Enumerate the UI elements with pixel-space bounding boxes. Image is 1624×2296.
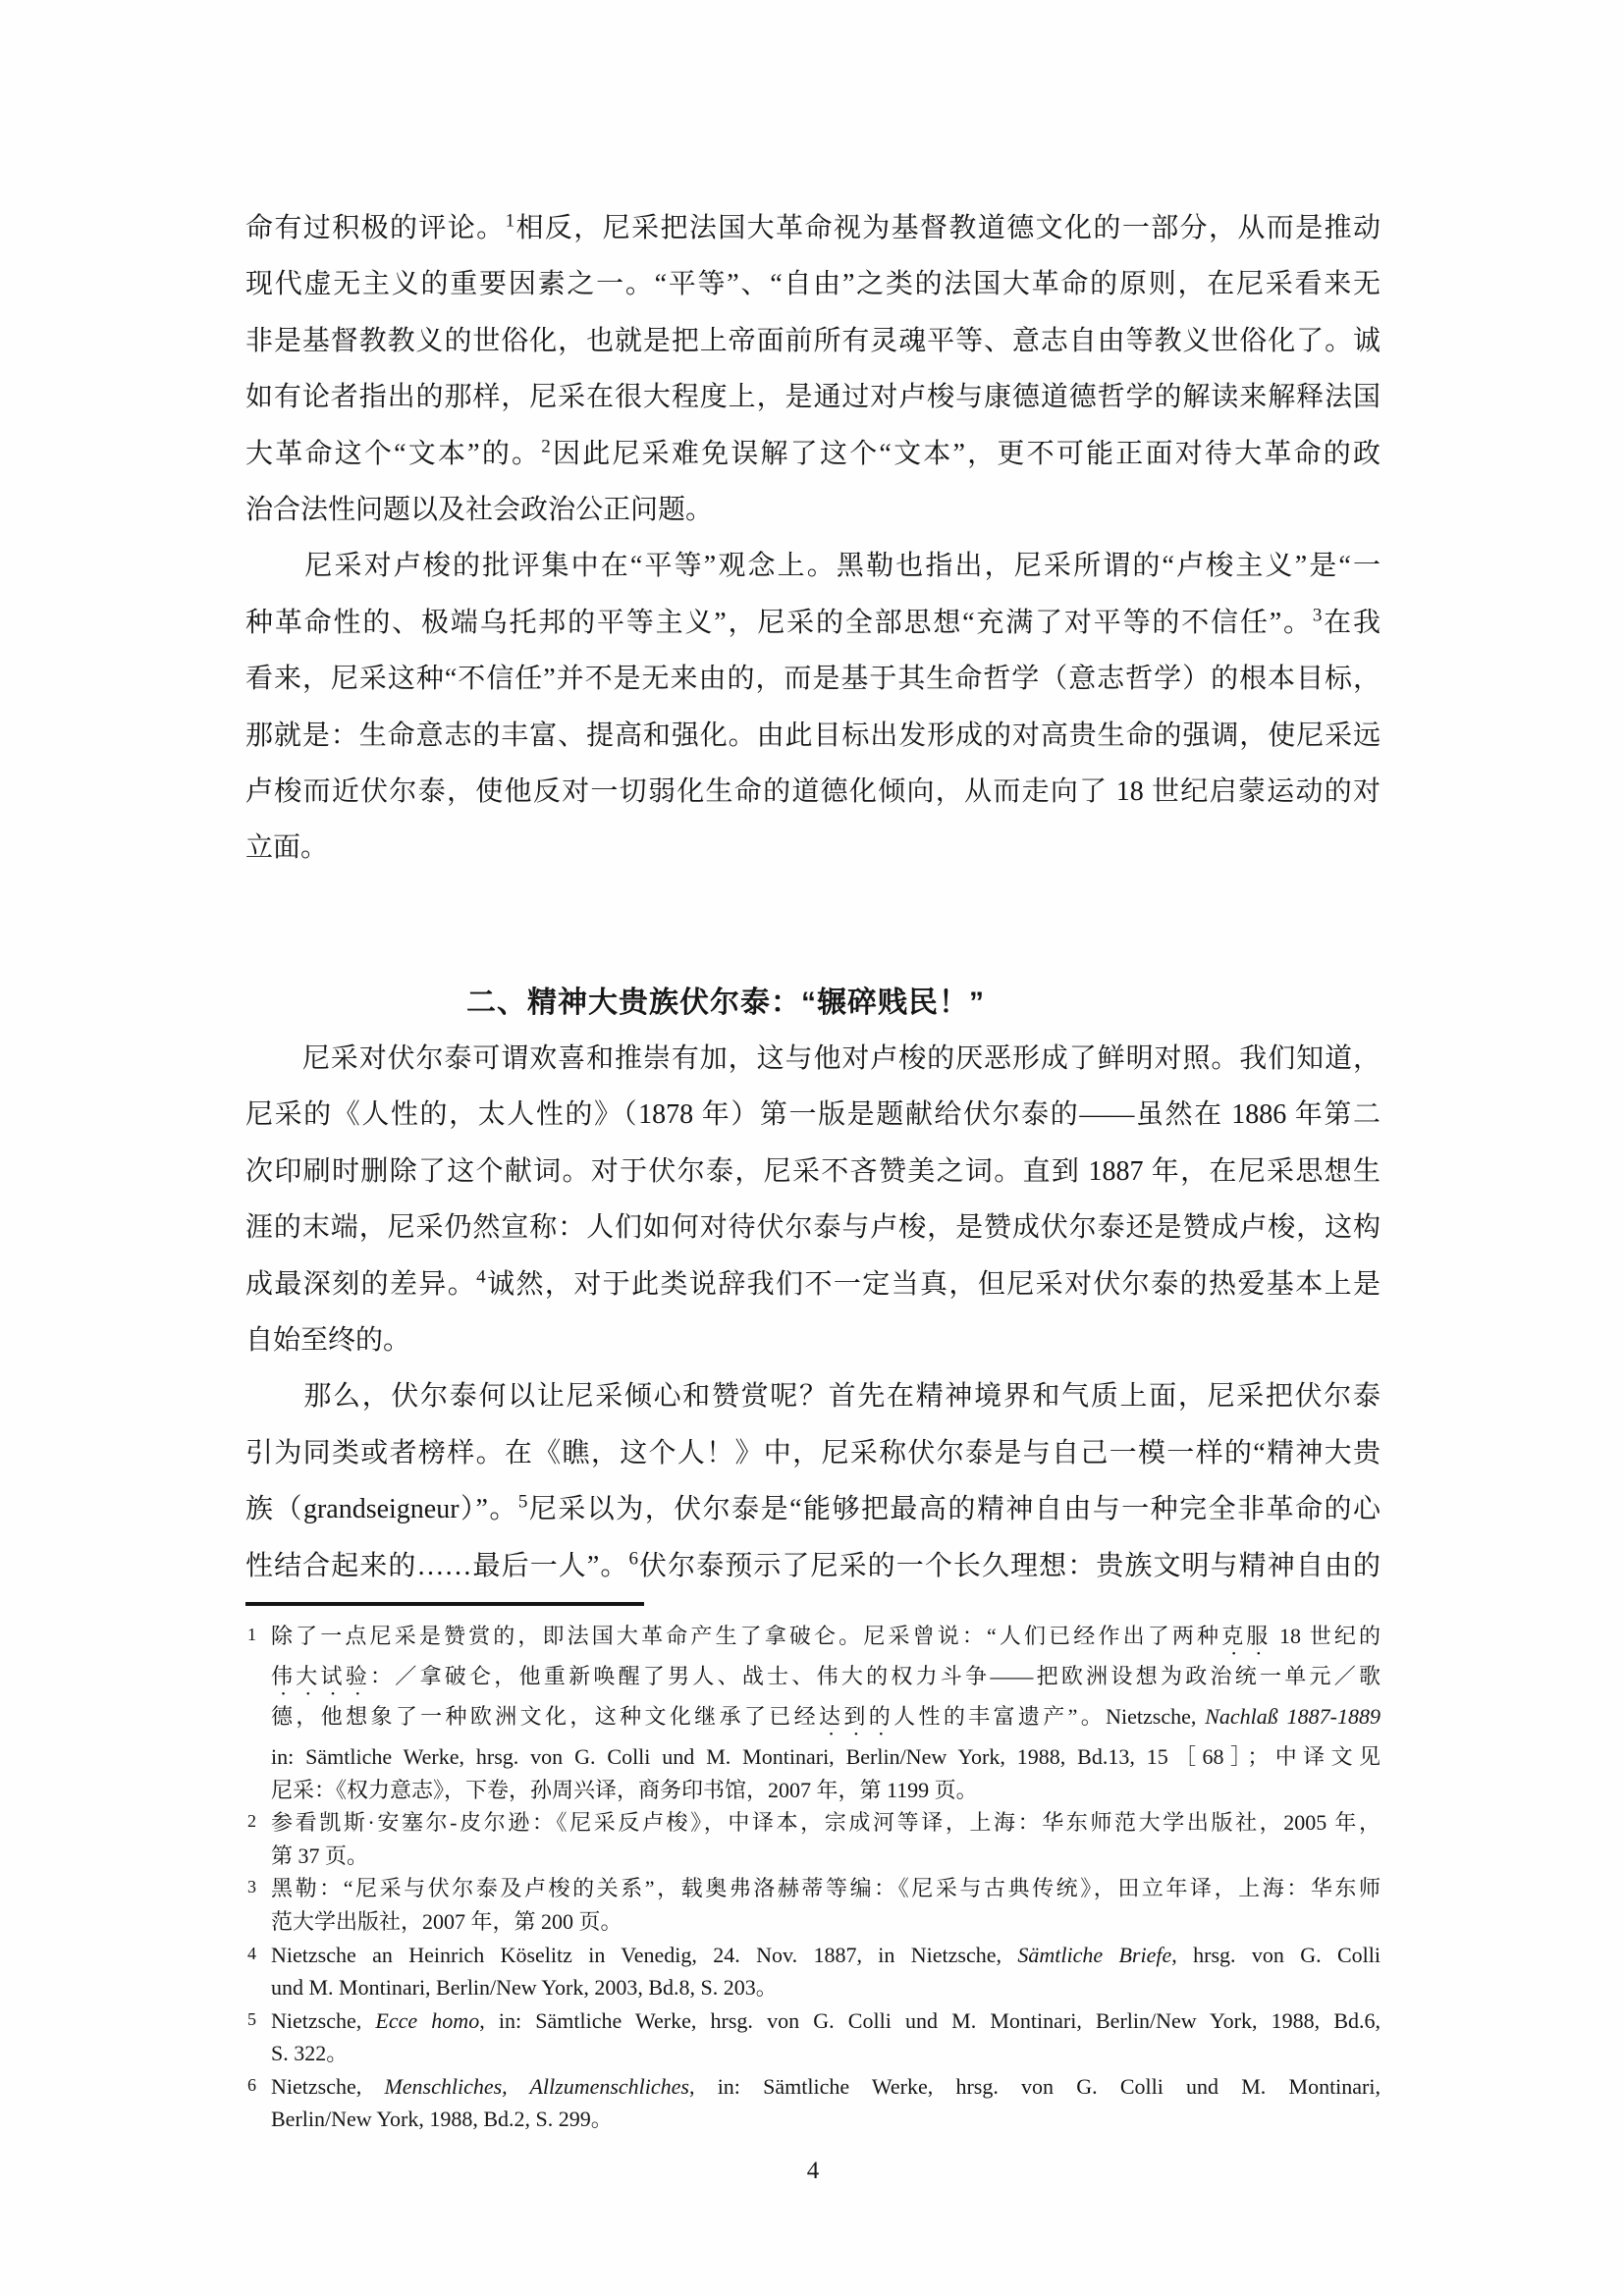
footnote-item: 5Nietzsche, Ecce homo, in: Sämtliche Wer… (245, 2004, 1380, 2070)
footnote-line: 伟大试验：／拿破仑，他重新唤醒了男人、战士、伟大的权力斗争——把欧洲设想为政治统… (271, 1660, 1380, 1700)
footnote-item: 1除了一点尼采是赞赏的，即法国大革命产生了拿破仑。尼采曾说：“人们已经作出了两种… (245, 1620, 1380, 1806)
footnote-line: Nietzsche, Ecce homo, in: Sämtliche Werk… (271, 2004, 1380, 2038)
body-line: 那么，伏尔泰何以让尼采倾心和赞赏呢？首先在精神境界和气质上面，尼采把伏尔泰 (245, 1368, 1380, 1424)
section-heading: 二、精神大贵族伏尔泰：“辗碎贱民！” (466, 975, 1380, 1031)
body-line: 种革命性的、极端乌托邦的平等主义”，尼采的全部思想“充满了对平等的不信任”。3在… (245, 595, 1380, 651)
body-line: 次印刷时删除了这个献词。对于伏尔泰，尼采不吝赞美之词。直到 1887 年，在尼采… (245, 1144, 1380, 1200)
footnote-number: 4 (247, 1939, 256, 1968)
body-line: 自始至终的。 (245, 1312, 1380, 1368)
body-paragraphs-bottom: 尼采对伏尔泰可谓欢喜和推崇有加，这与他对卢梭的厌恶形成了鲜明对照。我们知道，尼采… (245, 1031, 1380, 1594)
footnote-ref: 1 (506, 211, 515, 232)
footnote-ref: 3 (1313, 606, 1323, 626)
body-line: 涯的末端，尼采仍然宣称：人们如何对待伏尔泰与卢梭，是赞成伏尔泰还是赞成卢梭，这构 (245, 1200, 1380, 1255)
paragraph: 那么，伏尔泰何以让尼采倾心和赞赏呢？首先在精神境界和气质上面，尼采把伏尔泰引为同… (245, 1368, 1380, 1594)
footnote-line: S. 322。 (271, 2037, 1380, 2070)
footnote-line: Nietzsche an Heinrich Köselitz in Venedi… (271, 1939, 1380, 1972)
body-line: 性结合起来的……最后一人”。6伏尔泰预示了尼采的一个长久理想：贵族文明与精神自由… (245, 1538, 1380, 1594)
page-content: 命有过积极的评论。1相反，尼采把法国大革命视为基督教道德文化的一部分，从而是推动… (0, 0, 1624, 2185)
footnote-ref: 6 (628, 1548, 638, 1569)
document-page: 命有过积极的评论。1相反，尼采把法国大革命视为基督教道德文化的一部分，从而是推动… (0, 0, 1624, 2296)
footnote-line: 参看凯斯·安塞尔-皮尔逊：《尼采反卢梭》，中译本，宗成河等译，上海：华东师范大学… (271, 1806, 1380, 1840)
body-line: 看来，尼采这种“不信任”并不是无来由的，而是基于其生命哲学（意志哲学）的根本目标… (245, 651, 1380, 707)
body-line: 大革命这个“文本”的。2因此尼采难免误解了这个“文本”，更不可能正面对待大革命的… (245, 426, 1380, 482)
footnote-number: 5 (247, 2004, 256, 2034)
body-line: 卢梭而近伏尔泰，使他反对一切弱化生命的道德化倾向，从而走向了 18 世纪启蒙运动… (245, 764, 1380, 820)
footnote-ref: 2 (541, 436, 551, 456)
page-number: 4 (245, 2158, 1380, 2185)
footnote-line: 第 37 页。 (271, 1840, 1380, 1873)
footnote-item: 2参看凯斯·安塞尔-皮尔逊：《尼采反卢梭》，中译本，宗成河等译，上海：华东师范大… (245, 1806, 1380, 1872)
footnote-line: 黑勒：“尼采与伏尔泰及卢梭的关系”，载奥弗洛赫蒂等编：《尼采与古典传统》，田立年… (271, 1872, 1380, 1905)
body-line: 非是基督教教义的世俗化，也就是把上帝面前所有灵魂平等、意志自由等教义世俗化了。诚 (245, 313, 1380, 369)
italic-citation: Menschliches, Allzumenschliches (384, 2074, 689, 2099)
footnote-separator (245, 1602, 644, 1606)
footnote-number: 6 (247, 2070, 256, 2100)
body-line: 尼采的《人性的，太人性的》（1878 年）第一版是题献给伏尔泰的——虽然在 18… (245, 1087, 1380, 1143)
italic-citation: Sämtliche Briefe (1017, 1943, 1171, 1967)
footnote-line: Nietzsche, Menschliches, Allzumenschlich… (271, 2070, 1380, 2104)
body-line: 命有过积极的评论。1相反，尼采把法国大革命视为基督教道德文化的一部分，从而是推动 (245, 200, 1380, 256)
footnote-item: 4Nietzsche an Heinrich Köselitz in Vened… (245, 1939, 1380, 2004)
footnotes-section: 1除了一点尼采是赞赏的，即法国大革命产生了拿破仑。尼采曾说：“人们已经作出了两种… (245, 1620, 1380, 2136)
body-line: 尼采对卢梭的批评集中在“平等”观念上。黑勒也指出，尼采所谓的“卢梭主义”是“一 (245, 538, 1380, 594)
italic-citation: Nachlaß 1887-1889 (1205, 1704, 1380, 1729)
footnote-line: 德，他想象了一种欧洲文化，这种文化继承了已经达到的人性的丰富遗产”。Nietzs… (271, 1700, 1380, 1740)
body-line: 尼采对伏尔泰可谓欢喜和推崇有加，这与他对卢梭的厌恶形成了鲜明对照。我们知道， (245, 1031, 1380, 1087)
body-line: 现代虚无主义的重要因素之一。“平等”、“自由”之类的法国大革命的原则，在尼采看来… (245, 256, 1380, 312)
body-line: 如有论者指出的那样，尼采在很大程度上，是通过对卢梭与康德道德哲学的解读来解释法国 (245, 369, 1380, 425)
body-line: 立面。 (245, 820, 1380, 876)
footnote-ref: 5 (518, 1492, 528, 1513)
paragraph: 尼采对伏尔泰可谓欢喜和推崇有加，这与他对卢梭的厌恶形成了鲜明对照。我们知道，尼采… (245, 1031, 1380, 1368)
footnote-line: in: Sämtliche Werke, hrsg. von G. Colli … (271, 1740, 1380, 1774)
footnote-number: 3 (247, 1872, 256, 1901)
body-paragraphs-top: 命有过积极的评论。1相反，尼采把法国大革命视为基督教道德文化的一部分，从而是推动… (245, 200, 1380, 877)
footnote-line: und M. Montinari, Berlin/New York, 2003,… (271, 1971, 1380, 2004)
footnote-line: 范大学出版社，2007 年，第 200 页。 (271, 1905, 1380, 1939)
footnote-item: 6Nietzsche, Menschliches, Allzumenschlic… (245, 2070, 1380, 2136)
footnote-line: 除了一点尼采是赞赏的，即法国大革命产生了拿破仑。尼采曾说：“人们已经作出了两种克… (271, 1620, 1380, 1660)
footnote-number: 1 (247, 1620, 256, 1649)
footnote-ref: 4 (476, 1266, 486, 1287)
footnote-line: 尼采：《权力意志》，下卷，孙周兴译，商务印书馆，2007 年，第 1199 页。 (271, 1774, 1380, 1807)
body-line: 族（grandseigneur）”。5尼采以为，伏尔泰是“能够把最高的精神自由与… (245, 1481, 1380, 1537)
body-line: 成最深刻的差异。4诚然，对于此类说辞我们不一定当真，但尼采对伏尔泰的热爱基本上是 (245, 1256, 1380, 1312)
paragraph: 尼采对卢梭的批评集中在“平等”观念上。黑勒也指出，尼采所谓的“卢梭主义”是“一种… (245, 538, 1380, 876)
footnote-item: 3黑勒：“尼采与伏尔泰及卢梭的关系”，载奥弗洛赫蒂等编：《尼采与古典传统》，田立… (245, 1872, 1380, 1938)
emphasis-dots-text: 克服 (1221, 1624, 1271, 1648)
italic-citation: Ecce homo (375, 2008, 479, 2033)
paragraph: 命有过积极的评论。1相反，尼采把法国大革命视为基督教道德文化的一部分，从而是推动… (245, 200, 1380, 538)
body-line: 那就是：生命意志的丰富、提高和强化。由此目标出发形成的对高贵生命的强调，使尼采远 (245, 708, 1380, 764)
footnote-line: Berlin/New York, 1988, Bd.2, S. 299。 (271, 2103, 1380, 2136)
body-line: 引为同类或者榜样。在《瞧，这个人！》中，尼采称伏尔泰是与自己一模一样的“精神大贵 (245, 1425, 1380, 1481)
emphasis-dots-text: 达到的 (819, 1704, 893, 1729)
footnote-number: 2 (247, 1806, 256, 1836)
body-line: 治合法性问题以及社会政治公正问题。 (245, 482, 1380, 538)
emphasis-dots-text: 伟大试验 (271, 1664, 370, 1688)
